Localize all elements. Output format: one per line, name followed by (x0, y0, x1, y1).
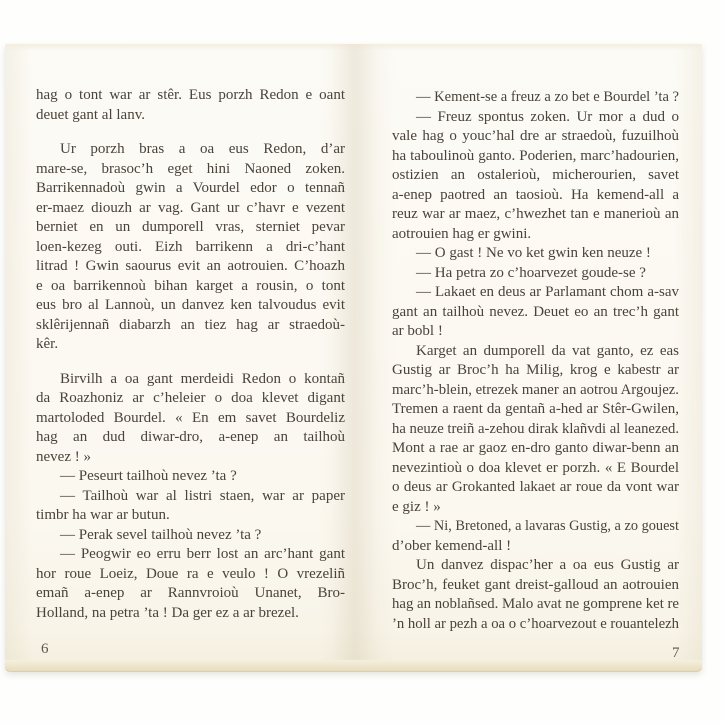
paragraph: — Ha petra zo c’hoarvezet goude-se ? (392, 264, 679, 284)
text-line: er-maez diouzh ar vag. Gant ur c’havr e … (36, 199, 345, 219)
text-line: vale hag o youc’hal dre ar straedoù, fuz… (392, 127, 679, 147)
text-line: — Lakaet en deus ar Parlamant chom a-sav (392, 283, 679, 303)
paragraph: — Freuz spontus zoken. Ur mor a dud oval… (392, 108, 679, 245)
text-line: Gustig ar Broc’h ha Milig, krog e kabest… (392, 361, 679, 381)
text-line: o deus ar Grokanted lakaet ar roue da vo… (392, 478, 679, 498)
paragraph: — O gast ! Ne vo ket gwin ken neuze ! (392, 244, 679, 264)
text-line: reuz war ar maez, c’hwezhet tan e maneri… (392, 205, 679, 225)
text-line: da Roazhoniz ar c’heleier o doa klevet d… (36, 389, 345, 409)
text-line: — Ni, Bretoned, a lavaras Gustig, a zo g… (392, 517, 679, 537)
text-line: — Ha petra zo c’hoarvezet goude-se ? (392, 264, 679, 284)
photo-background: hag o tont war ar stêr. Eus porzh Redon … (0, 0, 724, 724)
text-line: — Peogwir eo erru berr lost an arc’hant … (36, 545, 345, 565)
text-line: timbr ha war ar butun. (36, 506, 345, 526)
text-line: Barrikennadoù gwin a Vourdel edor o tenn… (36, 179, 345, 199)
text-line: loen-kezeg outi. Eizh barrikenn a dri-c’… (36, 238, 345, 258)
text-line: hag an noblañsed. Malo avat ne gomprene … (392, 595, 679, 615)
text-line: Mont a rae ar gaoz en-dro ganto diwar-be… (392, 439, 679, 459)
paragraph: Birvilh a oa gant merdeidi Redon o konta… (36, 370, 345, 468)
text-line: kêr. (36, 335, 345, 355)
text-line: e giz ! » (392, 498, 679, 518)
text-line: mare-se, brasoc’h eget hini Naoned zoken… (36, 160, 345, 180)
text-line: ar bobl ! (392, 322, 679, 342)
text-line: ha neuze treiñ a-zehou dirak klañvdi al … (392, 420, 679, 440)
text-line: e oa barrikennoù bihan karget a rousin, … (36, 277, 345, 297)
text-line: Holland, na petra ’ta ! Da ger ez a ar b… (36, 604, 345, 624)
paragraph: — Kement-se a freuz a zo bet e Bourdel ’… (392, 88, 679, 108)
page-number-left: 6 (41, 641, 49, 658)
text-line: — Freuz spontus zoken. Ur mor a dud o (392, 108, 679, 128)
paragraph: — Peseurt tailhoù nevez ’ta ? (36, 467, 345, 487)
text-line: emañ a-enep ar Rannvroioù Unanet, Bro- (36, 584, 345, 604)
text-line: ostizien an ostalerioù, micherourien, sa… (392, 166, 679, 186)
text-line: d’ober kemend-all ! (392, 537, 679, 557)
paragraph: Un danvez dispac’her a oa eus Gustig arB… (392, 556, 679, 634)
text-line: nevez ! » (36, 448, 345, 468)
text-line: ha taboulinoù ganto. Poderien, marc’hado… (392, 147, 679, 167)
paragraph: — Peogwir eo erru berr lost an arc’hant … (36, 545, 345, 623)
book-spread: hag o tont war ar stêr. Eus porzh Redon … (5, 44, 702, 672)
page-right-text: — Kement-se a freuz a zo bet e Bourdel ’… (392, 88, 679, 634)
text-line: Un danvez dispac’her a oa eus Gustig ar (392, 556, 679, 576)
text-line: Tremen a raent da gentañ a-hed ar Stêr-G… (392, 400, 679, 420)
paragraph: Ur porzh bras a oa eus Redon, d’armare-s… (36, 140, 345, 355)
text-line: sklêrijennañ diabarzh an tiez hag ar str… (36, 316, 345, 336)
text-line: ’n holl ar pezh a oa o c’hoarvezout e ro… (392, 615, 679, 635)
text-line: — Tailhoù war al listri staen, war ar pa… (36, 487, 345, 507)
text-line: martoloded Bourdel. « En em savet Bourde… (36, 409, 345, 429)
paragraph: — Lakaet en deus ar Parlamant chom a-sav… (392, 283, 679, 342)
text-line: Ur porzh bras a oa eus Redon, d’ar (36, 140, 345, 160)
text-line: eus bro al Lannoù, un danvez ken talvoud… (36, 296, 345, 316)
text-line: — Perak sevel tailhoù nevez ’ta ? (36, 526, 345, 546)
paragraph: Karget an dumporell da vat ganto, ez eas… (392, 342, 679, 518)
text-line: deuet gant al lanv. (36, 106, 345, 126)
text-line: — O gast ! Ne vo ket gwin ken neuze ! (392, 244, 679, 264)
text-line: Broc’h, feuket gant dreist-galloud an ao… (392, 576, 679, 596)
page-left-text: hag o tont war ar stêr. Eus porzh Redon … (36, 86, 345, 623)
page-edge-bottom (5, 660, 702, 672)
paragraph: — Tailhoù war al listri staen, war ar pa… (36, 487, 345, 526)
paragraph: — Ni, Bretoned, a lavaras Gustig, a zo g… (392, 517, 679, 556)
text-line: hor roue Loeiz, Doue ra e veulo ! O vrez… (36, 565, 345, 585)
text-line: hag an dud diwar-dro, a-enep an tailhoù (36, 428, 345, 448)
text-line: marc’h-blein, etrezek maner an aotrou Ar… (392, 381, 679, 401)
text-line: Birvilh a oa gant merdeidi Redon o konta… (36, 370, 345, 390)
text-line: — Kement-se a freuz a zo bet e Bourdel ’… (392, 88, 679, 108)
text-line: gant an tailhoù nevez. Deuet eo an trec’… (392, 303, 679, 323)
text-line: — Peseurt tailhoù nevez ’ta ? (36, 467, 345, 487)
paragraph: — Perak sevel tailhoù nevez ’ta ? (36, 526, 345, 546)
text-line: a-enep paotred an taosioù. Ha kemend-all… (392, 186, 679, 206)
text-line: hag o tont war ar stêr. Eus porzh Redon … (36, 86, 345, 106)
text-line: berniet en un dumporell vras, sterniet p… (36, 218, 345, 238)
text-line: litrad ! Gwin saourus evit an aotrouien.… (36, 257, 345, 277)
paragraph: hag o tont war ar stêr. Eus porzh Redon … (36, 86, 345, 125)
text-line: aotrouien hag er gwini. (392, 225, 679, 245)
text-line: Karget an dumporell da vat ganto, ez eas (392, 342, 679, 362)
text-line: nevezintioù o doa klevet er porzh. « E B… (392, 459, 679, 479)
